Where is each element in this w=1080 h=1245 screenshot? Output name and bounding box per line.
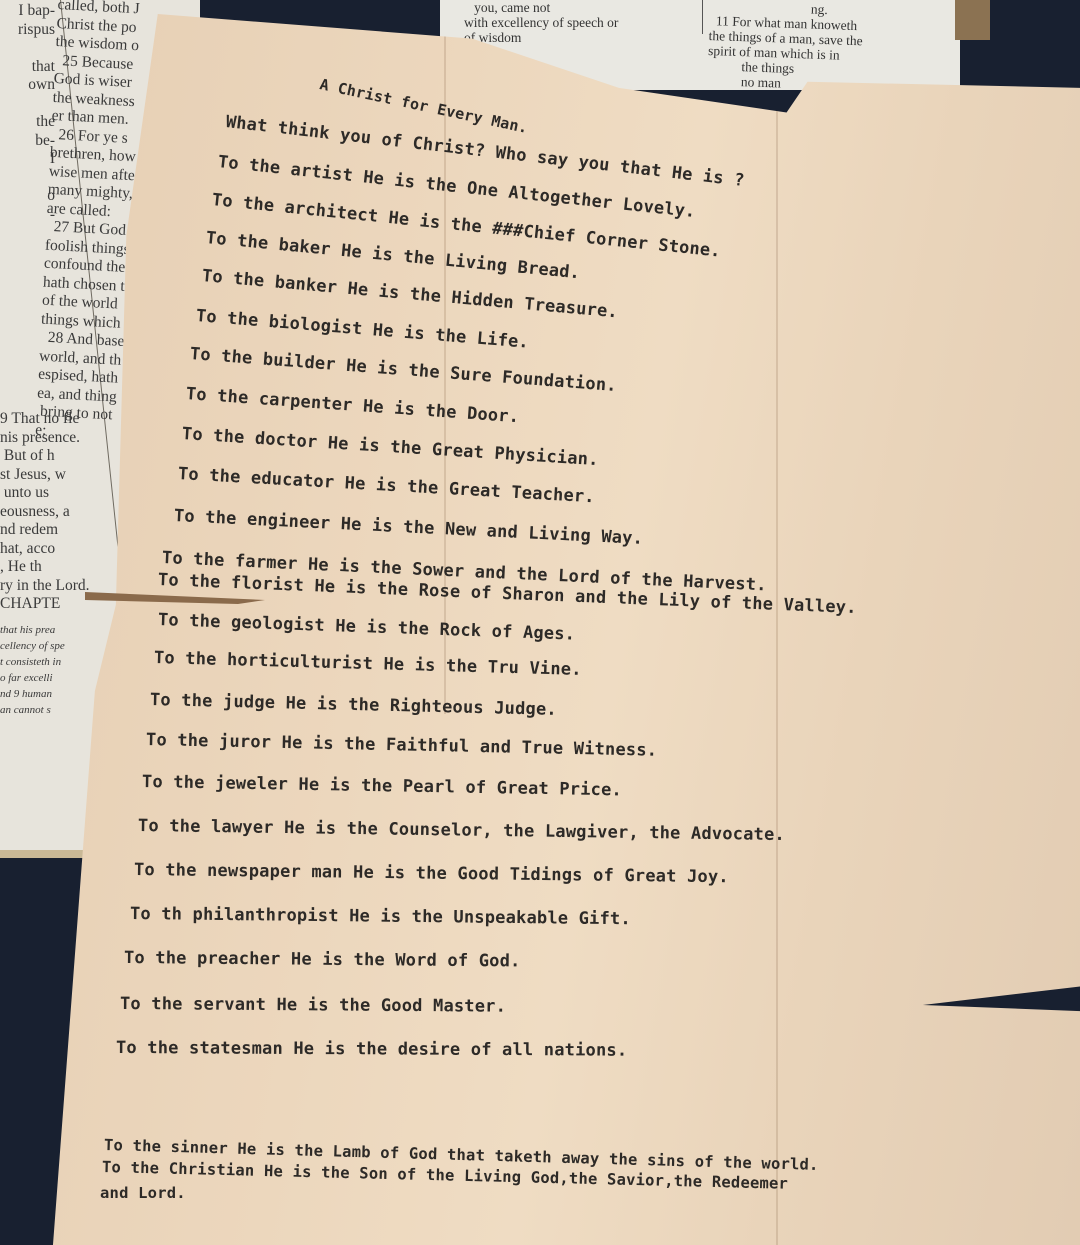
bible-top-column-2: ng. 11 For what man knoweth the things o…	[707, 0, 864, 93]
typed-line: To the preacher He is the Word of God.	[124, 948, 521, 971]
typed-line: To the statesman He is the desire of all…	[116, 1038, 627, 1061]
column-divider	[702, 0, 703, 34]
fold-crease	[776, 74, 778, 1245]
closing-line: and Lord.	[100, 1184, 186, 1202]
typed-line: To the servant He is the Good Master.	[120, 994, 506, 1017]
book-spine-edge	[955, 0, 990, 40]
bible-top-column-1: you, came not with excellency of speech …	[464, 0, 618, 45]
bible-column-c: 9 That no fle nis presence. But of h st …	[0, 410, 120, 614]
